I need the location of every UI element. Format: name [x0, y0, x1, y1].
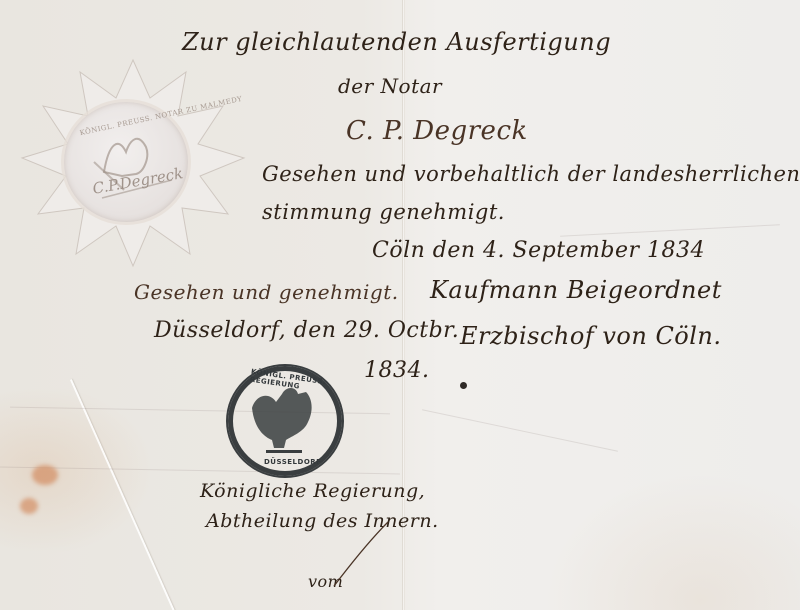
line-certification: Zur gleichlautenden Ausfertigung — [182, 28, 611, 56]
document-page: KÖNIGL. PREUSS. NOTAR ZU MALMEDY C.P.Deg… — [0, 0, 800, 610]
flourish-stroke-icon — [330, 520, 390, 590]
line-approval-2: stimmung genehmigt. — [262, 200, 505, 224]
line-place-date-dusseldorf: Düsseldorf, den 29. Octbr. — [154, 318, 459, 343]
rust-stain — [20, 498, 38, 514]
bleed-through-line — [422, 409, 618, 452]
ink-dot — [460, 382, 467, 389]
ink-stamp: KÖNIGL. PREUSS. REGIERUNG DÜSSELDORF — [226, 364, 344, 478]
line-approval-dusseldorf: Gesehen und genehmigt. — [134, 280, 399, 304]
signature-line-2: Erzbischof von Cöln. — [460, 322, 722, 350]
line-government: Königliche Regierung, — [200, 480, 425, 502]
line-place-date-cologne: Cöln den 4. September 1834 — [372, 238, 705, 263]
paper-crease — [70, 379, 178, 610]
line-year: 1834. — [364, 358, 429, 383]
rust-stain — [32, 465, 58, 485]
line-notary-title: der Notar — [338, 74, 442, 98]
signature-line-1: Kaufmann Beigeordnet — [430, 276, 722, 304]
line-department: Abtheilung des Innern. — [206, 510, 439, 532]
line-approval-1: Gesehen und vorbehaltlich der landesherr… — [262, 162, 800, 186]
notary-signature: C. P. Degreck — [346, 116, 528, 146]
stamp-inscription-bottom: DÜSSELDORF — [264, 458, 321, 466]
bleed-through-line — [560, 224, 780, 237]
